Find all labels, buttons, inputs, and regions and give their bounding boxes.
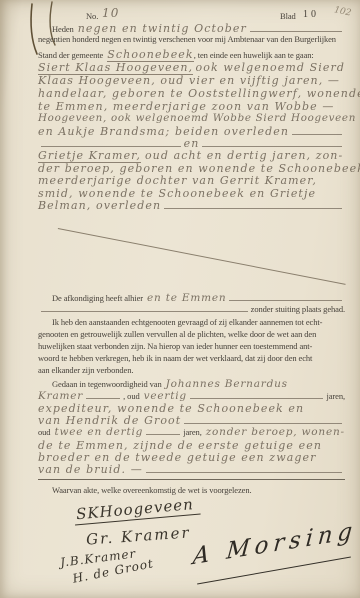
announcement-line-2: zonder stuiting plaats gehad.: [38, 304, 345, 317]
witness-printed-jaren: jaren,: [326, 391, 345, 401]
intro-hand-gemeente: Schoonebeek: [107, 48, 193, 62]
section-divider-rule: [38, 479, 345, 480]
intro-printed-year: negentien honderd negen en twintig versc…: [38, 34, 336, 44]
witness-line-5: oud twee en dertig jaren, zonder beroep,…: [38, 426, 345, 439]
groom-line-2: Klaas Hoogeveen, oud vier en vijftig jar…: [38, 74, 345, 87]
intro-printed-gemeente: Stand der gemeente: [38, 50, 103, 60]
signature-official: A Morsing: [192, 518, 358, 571]
corner-pencil-note: 102: [333, 5, 352, 18]
bride-name: Grietje Kramer,: [38, 149, 141, 163]
groom-line-3-text: handelaar, geboren te Ooststellingwerf, …: [38, 87, 360, 100]
witness2-age: twee en dertig: [54, 426, 143, 439]
fill-line: [86, 398, 120, 399]
fill-line: [41, 311, 248, 312]
fill-line: [146, 472, 342, 473]
fill-line: [190, 398, 324, 399]
intro-line-3: Stand der gemeente Schoonebeek , ten ein…: [38, 48, 345, 61]
fill-line: [184, 423, 342, 424]
vows-line-5: aan elkander zijn verbonden.: [38, 365, 345, 378]
vows-text-5: aan elkander zijn verbonden.: [38, 365, 133, 375]
witness-printed-jaren-2: jaren,: [183, 427, 202, 437]
witness-relation-3: van de bruid. —: [38, 463, 143, 476]
vows-text-3: huwelijken staat verbonden zijn. Na hier…: [38, 341, 312, 351]
fill-line: [41, 146, 181, 147]
marriage-act-page: No. 10 Blad 10 102 Heden negen en twinti…: [0, 0, 360, 598]
bride-line-1: Grietje Kramer, oud acht en dertig jaren…: [38, 149, 345, 162]
blad-label: Blad: [280, 11, 296, 21]
fill-line: [146, 434, 180, 435]
announcement-no-objection: zonder stuiting plaats gehad.: [251, 304, 345, 314]
witness-printed-oud-2: oud: [38, 427, 50, 437]
fill-line: [202, 146, 342, 147]
witness-printed-intro: Gedaan in tegenwoordigheid van: [52, 379, 162, 389]
intro-line-2: negentien honderd negen en twintig versc…: [38, 34, 345, 47]
witness-printed-oud: , oud: [123, 391, 140, 401]
groom-line-5-text: Hoogeveen, ook welgenoemd Wobbe Sierd Ho…: [38, 112, 356, 125]
blad-number: 10: [303, 9, 319, 20]
closing-text: Waarvan akte, welke overeenkomstig de we…: [52, 485, 252, 495]
vows-text-4: woord te hebben verkregen, heb ik in naa…: [38, 353, 312, 363]
act-number-label: No.: [86, 11, 98, 21]
signature-bride: Gr. Kramer: [85, 523, 191, 548]
groom-line-1: Siert Klaas Hoogeveen, ook welgenoemd Si…: [38, 61, 345, 74]
groom-line-2-text: Klaas Hoogeveen, oud vier en vijftig jar…: [38, 74, 340, 87]
announcement-printed: De afkondiging heeft alhier: [52, 293, 143, 303]
fill-line: [292, 134, 342, 135]
groom-line-3: handelaar, geboren te Ooststellingwerf, …: [38, 87, 345, 100]
bride-line-3: meerderjarige dochter van Gerrit Kramer,: [38, 174, 345, 187]
groom-line-5: Hoogeveen, ook welgenoemd Wobbe Sierd Ho…: [38, 112, 345, 125]
vows-text-1: Ik heb den aanstaanden echtgenooten gevr…: [52, 317, 322, 327]
vows-text-2: genooten en getrouwelijk zullen vervulle…: [38, 329, 316, 339]
groom-name: Siert Klaas Hoogeveen,: [38, 61, 193, 75]
groom-line-1-rest: ook welgenoemd Sierd: [196, 61, 345, 74]
bride-line-1-rest: oud acht en dertig jaren, zon-: [145, 149, 343, 162]
signature-groom: SKHoogeveen: [73, 495, 200, 526]
witness-line-8: van de bruid. —: [38, 463, 345, 476]
bride-line-5-text: Belman, overleden: [38, 199, 161, 212]
fill-line: [229, 300, 342, 301]
witness2-occupation: zonder beroep, wonen-: [206, 426, 345, 439]
bride-line-5: Belman, overleden: [38, 199, 345, 212]
fill-line: [164, 208, 342, 209]
diagonal-strike-line: [58, 228, 346, 285]
act-number-value: 10: [102, 7, 119, 20]
bride-line-3-text: meerderjarige dochter van Gerrit Kramer,: [38, 174, 317, 187]
intro-printed-heden: Heden: [52, 24, 74, 34]
intro-printed-tail: , ten einde een huwelijk aan te gaan:: [194, 50, 314, 60]
fill-line: [250, 31, 342, 32]
